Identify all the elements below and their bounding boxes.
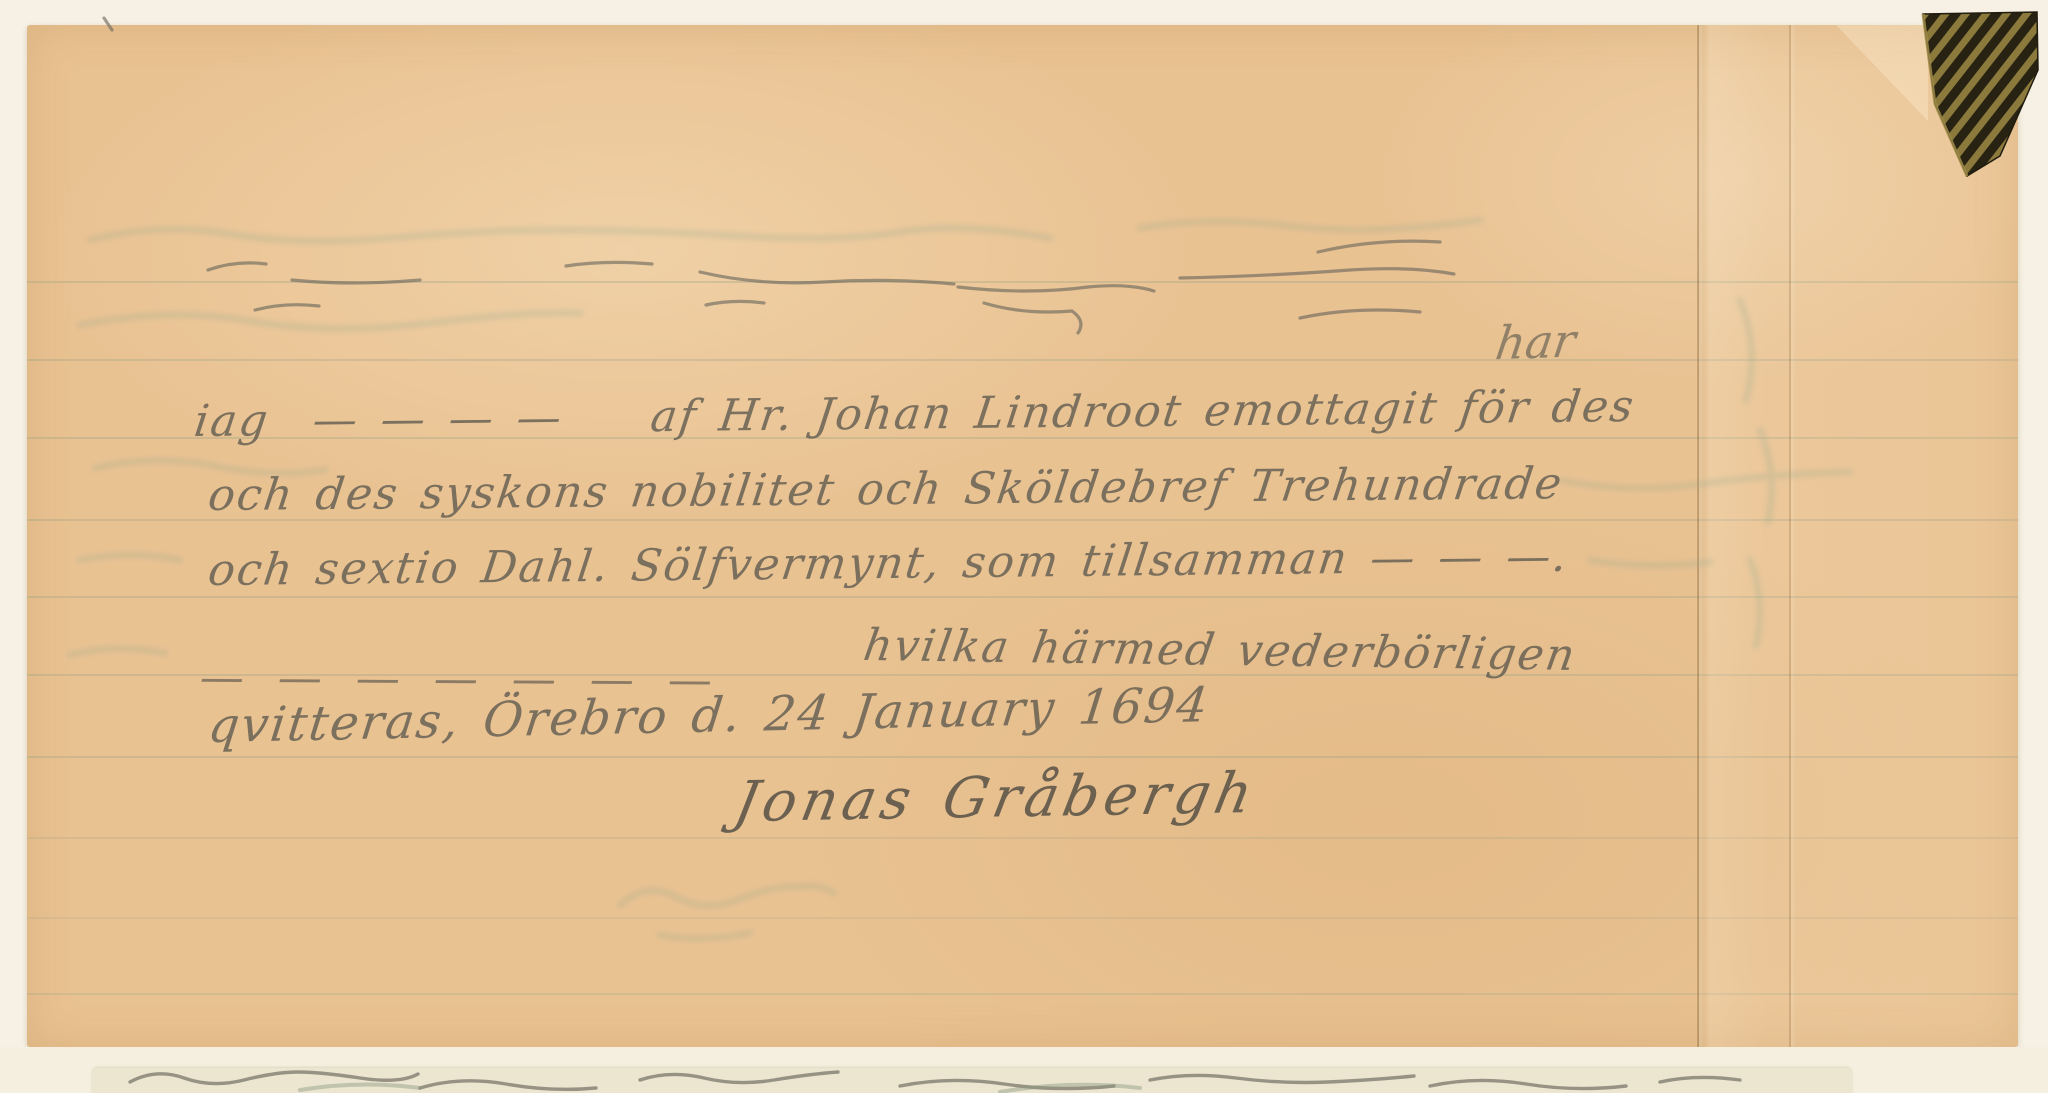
bottom-page-text-fragments	[0, 0, 2048, 1093]
scanned-document: har iag — — — — af Hr. Johan Lindroot em…	[0, 0, 2048, 1093]
